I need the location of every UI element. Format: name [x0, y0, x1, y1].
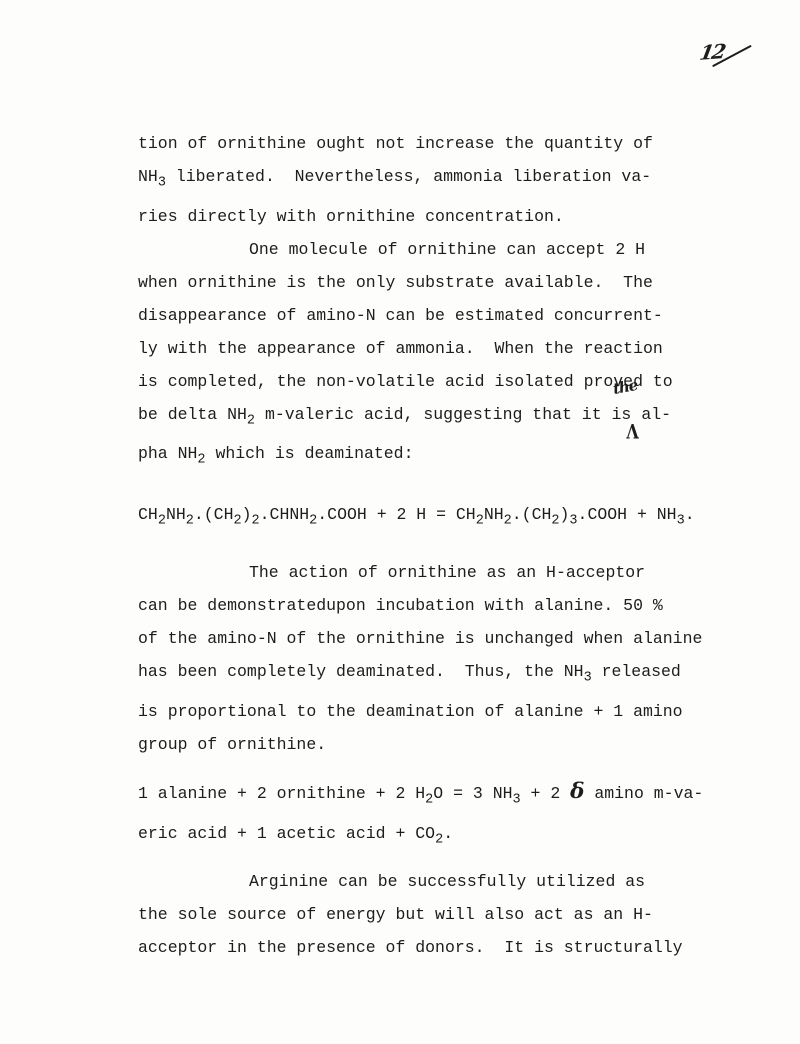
typed-line: tion of ornithine ought not increase the…: [138, 127, 738, 160]
subscript: 2: [233, 513, 241, 528]
typed-line: 1 alanine + 2 ornithine + 2 H2O = 3 NH3 …: [138, 775, 738, 817]
subscript: 2: [247, 413, 255, 428]
typed-line: is completed, the non-volatile acid isol…: [138, 365, 738, 398]
typed-text-body: tion of ornithine ought not increase the…: [138, 127, 738, 964]
typed-line: NH3 liberated. Nevertheless, ammonia lib…: [138, 160, 738, 200]
subscript: 3: [513, 793, 521, 808]
subscript: 3: [158, 176, 166, 191]
typed-line: the sole source of energy but will also …: [138, 898, 738, 931]
typed-line: CH2NH2.(CH2)2.CHNH2.COOH + 2 H = CH2NH2.…: [138, 498, 738, 538]
subscript: 3: [584, 671, 592, 686]
subscript: 2: [252, 513, 260, 528]
subscript: 2: [435, 832, 443, 847]
manuscript-page: 12 tion of ornithine ought not increase …: [0, 0, 800, 1044]
handwritten-insertion: theΛ: [631, 402, 641, 419]
subscript: 2: [158, 513, 166, 528]
typed-line: acceptor in the presence of donors. It i…: [138, 931, 738, 964]
handwritten-delta-symbol: δ: [570, 779, 584, 804]
typed-line: One molecule of ornithine can accept 2 H: [138, 233, 738, 266]
subscript: 2: [551, 513, 559, 528]
typed-line: be delta NH2 m-valeric acid, suggesting …: [138, 398, 738, 438]
typed-line: is proportional to the deamination of al…: [138, 695, 738, 728]
insertion-caret: Λ: [626, 411, 638, 452]
subscript: 2: [197, 453, 205, 468]
typed-line: eric acid + 1 acetic acid + CO2.: [138, 817, 738, 857]
subscript: 3: [677, 513, 685, 528]
handwritten-page-number: 12: [700, 40, 764, 82]
typed-line: when ornithine is the only substrate ava…: [138, 266, 738, 299]
typed-line: group of ornithine.: [138, 728, 738, 761]
subscript: 2: [504, 513, 512, 528]
subscript: 3: [569, 513, 577, 528]
typed-line: has been completely deaminated. Thus, th…: [138, 655, 738, 695]
typed-line: can be demonstratedupon incubation with …: [138, 589, 738, 622]
typed-line: Arginine can be successfully utilized as: [138, 865, 738, 898]
typed-line: ries directly with ornithine concentrati…: [138, 200, 738, 233]
typed-line: of the amino-N of the ornithine is uncha…: [138, 622, 738, 655]
typed-line: The action of ornithine as an H-acceptor: [138, 556, 738, 589]
subscript: 2: [476, 513, 484, 528]
subscript: 2: [186, 513, 194, 528]
typed-line: ly with the appearance of ammonia. When …: [138, 332, 738, 365]
typed-line: disappearance of amino-N can be estimate…: [138, 299, 738, 332]
typed-line: pha NH2 which is deaminated:: [138, 437, 738, 477]
